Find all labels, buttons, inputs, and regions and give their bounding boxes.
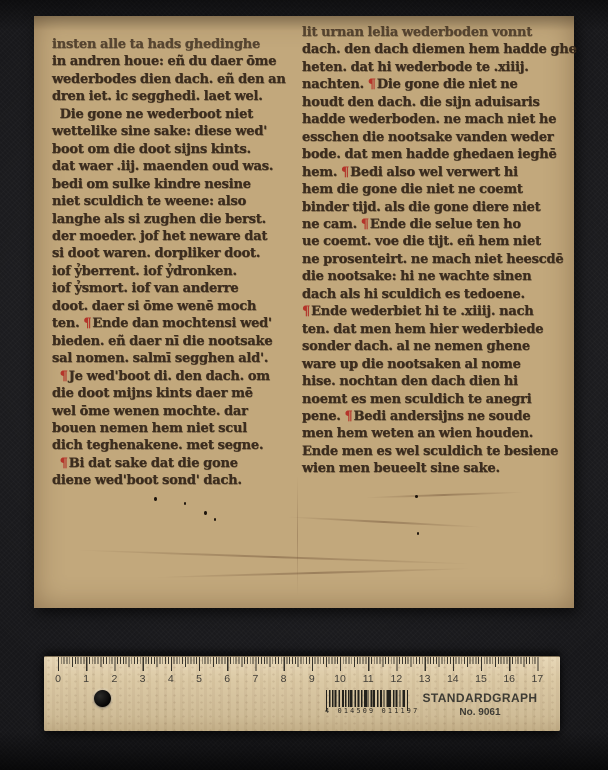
manuscript-text-line: Ende men es wel sculdich te besiene (302, 443, 570, 460)
brand-label: STANDARDGRAPH (400, 691, 560, 705)
manuscript-text-line: iof ỷsmort. iof van anderre (52, 280, 304, 297)
manuscript-text-line: dach. den dach diemen hem hadde ghe (302, 41, 570, 58)
ruler-halfcm-ticks (58, 657, 539, 667)
manuscript-text-line: die doot mijns kints daer mē (52, 385, 304, 402)
manuscript-text-line: niet sculdich te weene: also (52, 193, 304, 210)
ruler-number: 7 (252, 673, 258, 685)
red-paragraph-mark: ¶ (361, 217, 370, 232)
ruler-number: 11 (363, 673, 374, 685)
model-number: No. 9061 (400, 707, 560, 718)
manuscript-text-line: ware up die nootsaken al nome (302, 356, 570, 373)
ruler-centimetre-ticks (58, 657, 539, 671)
manuscript-text-line: binder tijd. als die gone diere niet (302, 199, 570, 216)
manuscript-text-line: houdt den dach. die sijn aduisaris (302, 94, 570, 111)
red-paragraph-mark: ¶ (341, 165, 350, 180)
manuscript-text-line: pene. ¶Bedi andersijns ne soude (302, 408, 570, 425)
ruler-scale-numbers: 01234567891011121314151617 (44, 673, 560, 687)
manuscript-text-line: langhe als si zughen die berst. (52, 211, 304, 228)
wrinkle-line (154, 568, 474, 579)
manuscript-text-line: lit urnan lelia wederboden vonnt (302, 24, 570, 41)
manuscript-text-line: ¶Bi dat sake dat die gone (52, 455, 304, 472)
ruler-number: 8 (281, 673, 287, 685)
manuscript-text-line: wederbodes dien dach. eñ den an (52, 71, 304, 88)
manuscript-text-line: diene wed'boot sond' dach. (52, 472, 304, 489)
manuscript-leaf: insten alle ta hads ghedinghein andren h… (34, 16, 574, 608)
manuscript-column-left: insten alle ta hads ghedinghein andren h… (52, 36, 304, 490)
red-paragraph-mark: ¶ (368, 77, 377, 92)
manuscript-text-line: in andren houe: eñ du daer ōme (52, 53, 304, 70)
ruler-number: 3 (140, 673, 146, 685)
manuscript-text-line: hise. nochtan den dach dien hi (302, 373, 570, 390)
ruler-number: 1 (83, 673, 89, 685)
manuscript-text-line: wel ōme wenen mochte. dar (52, 403, 304, 420)
manuscript-text-line: dich teghenakene. met segne. (52, 437, 304, 454)
manuscript-text-line: dren iet. ic segghedi. laet wel. (52, 88, 304, 105)
ruler-number: 12 (391, 673, 403, 685)
manuscript-text-line: die nootsake: hi ne wachte sinen (302, 268, 570, 285)
manuscript-text-line: ne prosenteirt. ne mach niet heescdē (302, 251, 570, 268)
barcode: 4 014509 011197 (325, 690, 409, 716)
manuscript-text-line: hadde wederboden. ne mach niet he (302, 111, 570, 128)
manuscript-text-line: men hem weten an wien houden. (302, 425, 570, 442)
manuscript-text-line: hem. ¶Bedi also wel verwert hi (302, 164, 570, 181)
manuscript-text-line: noemt es men sculdich te anegri (302, 391, 570, 408)
manuscript-text-line: Die gone ne wederboot niet (52, 106, 304, 123)
ruler-number: 13 (419, 673, 431, 685)
manuscript-text-line: hem die gone die niet ne coemt (302, 181, 570, 198)
ruler-number: 9 (309, 673, 315, 685)
manuscript-text-line: bieden. eñ daer nī die nootsake (52, 333, 304, 350)
red-paragraph-mark: ¶ (344, 409, 353, 424)
ruler-number: 15 (475, 673, 487, 685)
red-paragraph-mark: ¶ (60, 369, 69, 384)
ruler-number: 10 (334, 673, 346, 685)
manuscript-text-line: boot om die doot sijns kints. (52, 141, 304, 158)
manuscript-text-line: ¶Ende wederbiet hi te .xiiij. nach (302, 303, 570, 320)
ink-speck (415, 495, 418, 498)
manuscript-text-line: bouen nemen hem niet scul (52, 420, 304, 437)
red-paragraph-mark: ¶ (60, 456, 69, 471)
ink-speck (184, 502, 186, 505)
ruler-number: 16 (503, 673, 515, 685)
manuscript-text-line: sonder dach. al ne nemen ghene (302, 338, 570, 355)
manuscript-text-line: wettelike sine sake: diese wed' (52, 123, 304, 140)
manuscript-text-line: dat waer .iij. maenden oud was. (52, 158, 304, 175)
barcode-bars (329, 690, 405, 707)
manuscript-text-line: iof ỷberrent. iof ỷdronken. (52, 263, 304, 280)
manuscript-text-line: insten alle ta hads ghedinghe (52, 36, 304, 53)
brand-block: STANDARDGRAPH No. 9061 (400, 691, 560, 718)
manuscript-text-line: ¶Je wed'boot di. den dach. om (52, 368, 304, 385)
ruler-number: 6 (224, 673, 230, 685)
ruler-number: 14 (447, 673, 459, 685)
manuscript-text-line: wien men beueelt sine sake. (302, 460, 570, 477)
wooden-ruler: 01234567891011121314151617 4 014509 0111… (44, 656, 560, 731)
ruler-number: 4 (168, 673, 174, 685)
manuscript-text-line: dach als hi sculdich es tedoene. (302, 286, 570, 303)
manuscript-text-line: nachten. ¶Die gone die niet ne (302, 76, 570, 93)
manuscript-text-line: sal nomen. salmī segghen ald'. (52, 350, 304, 367)
ruler-hanging-hole (94, 690, 111, 707)
manuscript-text-line: bode. dat men hadde ghedaen ieghē (302, 146, 570, 163)
red-paragraph-mark: ¶ (302, 304, 311, 319)
red-paragraph-mark: ¶ (83, 316, 92, 331)
manuscript-text-line: ten. dat men hem hier wederbiede (302, 321, 570, 338)
manuscript-text-line: ten. ¶Ende dan mochtensi wed' (52, 315, 304, 332)
ink-speck (417, 532, 419, 535)
wrinkle-line (74, 549, 474, 565)
manuscript-text-line: doot. daer si ōme wenē moch (52, 298, 304, 315)
wrinkle-line (284, 516, 484, 528)
ink-speck (204, 511, 207, 515)
ruler-number: 17 (532, 673, 544, 685)
manuscript-text-line: bedi om sulke kindre nesine (52, 176, 304, 193)
manuscript-column-right: lit urnan lelia wederboden vonntdach. de… (302, 24, 570, 478)
ruler-number: 0 (55, 673, 61, 685)
manuscript-text-line: heten. dat hi wederbode te .xiiij. (302, 59, 570, 76)
ruler-millimetre-ticks (58, 657, 539, 664)
photo-stage: insten alle ta hads ghedinghein andren h… (0, 0, 608, 770)
wrinkle-line (364, 491, 524, 499)
ink-speck (154, 497, 157, 501)
manuscript-text-line: ne cam. ¶Ende die selue ten ho (302, 216, 570, 233)
manuscript-text-line: esschen die nootsake vanden weder (302, 129, 570, 146)
ruler-number: 2 (111, 673, 117, 685)
manuscript-text-line: der moeder. jof het neware dat (52, 228, 304, 245)
ruler-number: 5 (196, 673, 202, 685)
manuscript-text-line: ue coemt. voe die tijt. eñ hem niet (302, 233, 570, 250)
barcode-digits: 4 014509 011197 (325, 707, 409, 715)
manuscript-text-line: si doot waren. dorpliker doot. (52, 245, 304, 262)
center-fold-line (297, 476, 298, 596)
ink-speck (214, 518, 216, 521)
